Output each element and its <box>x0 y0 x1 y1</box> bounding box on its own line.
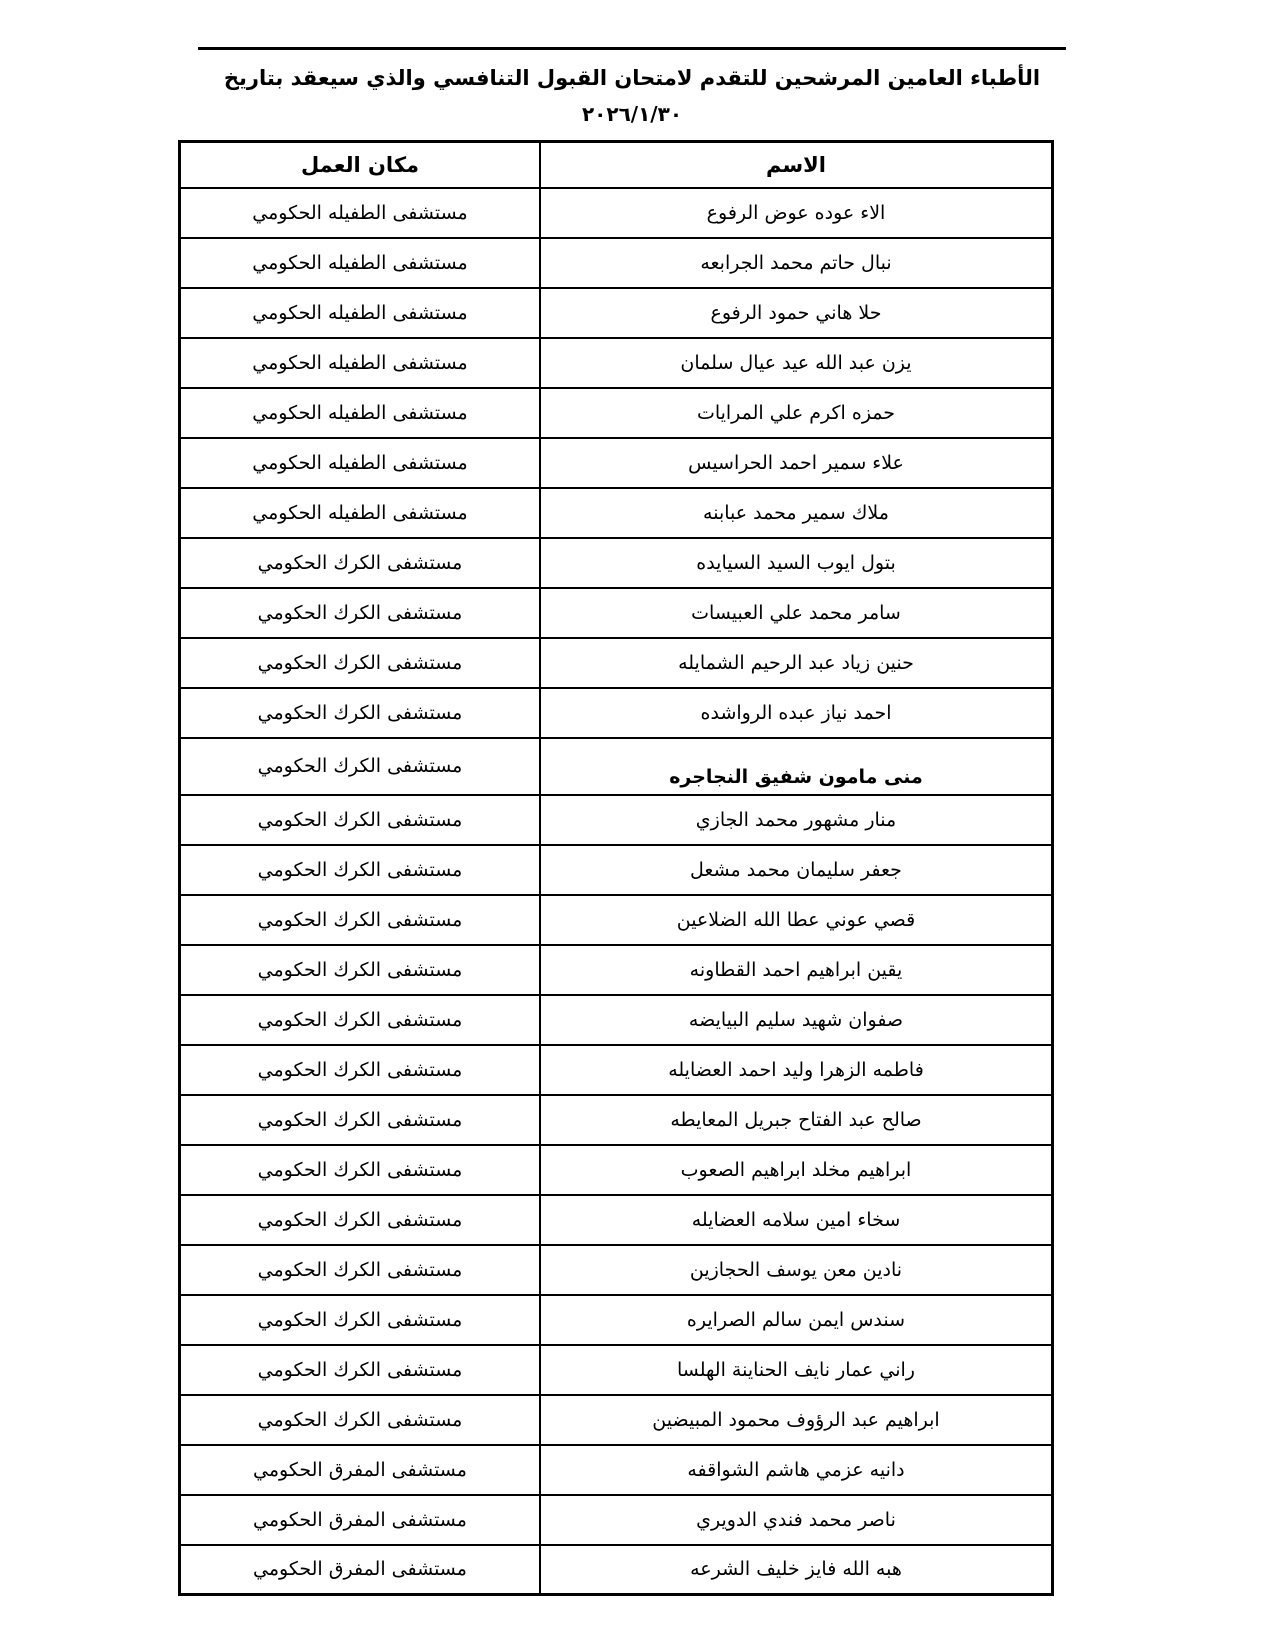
table-row: يقين ابراهيم احمد القطاونهمستشفى الكرك ا… <box>180 945 1053 995</box>
cell-workplace: مستشفى المفرق الحكومي <box>180 1495 541 1545</box>
cell-candidate-name: بتول ايوب السيد السيايده <box>540 538 1053 588</box>
table-row: سامر محمد علي العبيساتمستشفى الكرك الحكو… <box>180 588 1053 638</box>
table-row: يزن عبد الله عيد عيال سلمانمستشفى الطفيل… <box>180 338 1053 388</box>
cell-candidate-name: الاء عوده عوض الرفوع <box>540 188 1053 238</box>
cell-candidate-name: سخاء امين سلامه العضايله <box>540 1195 1053 1245</box>
cell-workplace: مستشفى الكرك الحكومي <box>180 1095 541 1145</box>
table-row: صفوان شهيد سليم البيايضهمستشفى الكرك الح… <box>180 995 1053 1045</box>
cell-workplace: مستشفى الكرك الحكومي <box>180 538 541 588</box>
cell-candidate-name: سامر محمد علي العبيسات <box>540 588 1053 638</box>
table-row: بتول ايوب السيد السيايدهمستشفى الكرك الح… <box>180 538 1053 588</box>
cell-workplace: مستشفى الطفيله الحكومي <box>180 488 541 538</box>
cell-candidate-name: منار مشهور محمد الجازي <box>540 795 1053 845</box>
cell-workplace: مستشفى الكرك الحكومي <box>180 588 541 638</box>
cell-candidate-name: فاطمه الزهرا وليد احمد العضايله <box>540 1045 1053 1095</box>
cell-workplace: مستشفى الكرك الحكومي <box>180 945 541 995</box>
table-row: ابراهيم مخلد ابراهيم الصعوبمستشفى الكرك … <box>180 1145 1053 1195</box>
cell-candidate-name: سندس ايمن سالم الصرايره <box>540 1295 1053 1345</box>
cell-candidate-name: يقين ابراهيم احمد القطاونه <box>540 945 1053 995</box>
table-row: الاء عوده عوض الرفوعمستشفى الطفيله الحكو… <box>180 188 1053 238</box>
table-row: حمزه اكرم علي المراياتمستشفى الطفيله الح… <box>180 388 1053 438</box>
cell-candidate-name: ناصر محمد فندي الدويري <box>540 1495 1053 1545</box>
column-header-workplace: مكان العمل <box>180 142 541 188</box>
table-row: احمد نياز عبده الرواشدهمستشفى الكرك الحك… <box>180 688 1053 738</box>
table-row: سندس ايمن سالم الصرايرهمستشفى الكرك الحك… <box>180 1295 1053 1345</box>
cell-candidate-name: علاء سمير احمد الحراسيس <box>540 438 1053 488</box>
cell-candidate-name: هبه الله فايز خليف الشرعه <box>540 1545 1053 1595</box>
table-row: سخاء امين سلامه العضايلهمستشفى الكرك الح… <box>180 1195 1053 1245</box>
cell-workplace: مستشفى الكرك الحكومي <box>180 895 541 945</box>
table-row: نبال حاتم محمد الجرابعهمستشفى الطفيله ال… <box>180 238 1053 288</box>
table-row: راني عمار نايف الحناينة الهلسامستشفى الك… <box>180 1345 1053 1395</box>
cell-candidate-name: حمزه اكرم علي المرايات <box>540 388 1053 438</box>
cell-workplace: مستشفى الطفيله الحكومي <box>180 288 541 338</box>
cell-candidate-name: حنين زياد عبد الرحيم الشمايله <box>540 638 1053 688</box>
table-header-row: الاسم مكان العمل <box>180 142 1053 188</box>
cell-candidate-name: منى مامون شفيق النجاجره <box>540 738 1053 795</box>
document-title: الأطباء العامين المرشحين للتقدم لامتحان … <box>198 60 1066 96</box>
cell-candidate-name: دانيه عزمي هاشم الشواقفه <box>540 1445 1053 1495</box>
table-row: نادين معن يوسف الحجازينمستشفى الكرك الحك… <box>180 1245 1053 1295</box>
cell-workplace: مستشفى الطفيله الحكومي <box>180 238 541 288</box>
cell-candidate-name: راني عمار نايف الحناينة الهلسا <box>540 1345 1053 1395</box>
cell-candidate-name: صفوان شهيد سليم البيايضه <box>540 995 1053 1045</box>
table-body: الاء عوده عوض الرفوعمستشفى الطفيله الحكو… <box>180 188 1053 1595</box>
cell-workplace: مستشفى الطفيله الحكومي <box>180 338 541 388</box>
table-header: الاسم مكان العمل <box>180 142 1053 188</box>
cell-candidate-name: نادين معن يوسف الحجازين <box>540 1245 1053 1295</box>
cell-workplace: مستشفى الكرك الحكومي <box>180 1145 541 1195</box>
cell-candidate-name: احمد نياز عبده الرواشده <box>540 688 1053 738</box>
table-row: ملاك سمير محمد عبابنهمستشفى الطفيله الحك… <box>180 488 1053 538</box>
cell-candidate-name: صالح عبد الفتاح جبريل المعايطه <box>540 1095 1053 1145</box>
cell-workplace: مستشفى الكرك الحكومي <box>180 738 541 795</box>
table-row: ناصر محمد فندي الدويريمستشفى المفرق الحك… <box>180 1495 1053 1545</box>
cell-candidate-name: جعفر سليمان محمد مشعل <box>540 845 1053 895</box>
table-row: منار مشهور محمد الجازيمستشفى الكرك الحكو… <box>180 795 1053 845</box>
cell-workplace: مستشفى الكرك الحكومي <box>180 1195 541 1245</box>
table-row: فاطمه الزهرا وليد احمد العضايلهمستشفى ال… <box>180 1045 1053 1095</box>
cell-candidate-name: حلا هاني حمود الرفوع <box>540 288 1053 338</box>
table-row: حنين زياد عبد الرحيم الشمايلهمستشفى الكر… <box>180 638 1053 688</box>
cell-workplace: مستشفى المفرق الحكومي <box>180 1445 541 1495</box>
document-content: الأطباء العامين المرشحين للتقدم لامتحان … <box>198 47 1066 1596</box>
document-title-date: ٢٠٢٦/١/٣٠ <box>198 96 1066 132</box>
cell-workplace: مستشفى الكرك الحكومي <box>180 1395 541 1445</box>
column-header-name: الاسم <box>540 142 1053 188</box>
cell-candidate-name: ملاك سمير محمد عبابنه <box>540 488 1053 538</box>
cell-candidate-name: يزن عبد الله عيد عيال سلمان <box>540 338 1053 388</box>
cell-candidate-name: ابراهيم عبد الرؤوف محمود المبيضين <box>540 1395 1053 1445</box>
table-row: جعفر سليمان محمد مشعلمستشفى الكرك الحكوم… <box>180 845 1053 895</box>
cell-workplace: مستشفى الكرك الحكومي <box>180 1245 541 1295</box>
document-title-block: الأطباء العامين المرشحين للتقدم لامتحان … <box>198 50 1066 132</box>
table-row: هبه الله فايز خليف الشرعهمستشفى المفرق ا… <box>180 1545 1053 1595</box>
cell-workplace: مستشفى الطفيله الحكومي <box>180 388 541 438</box>
cell-workplace: مستشفى الكرك الحكومي <box>180 995 541 1045</box>
cell-workplace: مستشفى الكرك الحكومي <box>180 845 541 895</box>
table-row: علاء سمير احمد الحراسيسمستشفى الطفيله ال… <box>180 438 1053 488</box>
table-row: صالح عبد الفتاح جبريل المعايطهمستشفى الك… <box>180 1095 1053 1145</box>
cell-workplace: مستشفى الكرك الحكومي <box>180 1345 541 1395</box>
cell-workplace: مستشفى الكرك الحكومي <box>180 638 541 688</box>
table-row: دانيه عزمي هاشم الشواقفهمستشفى المفرق ال… <box>180 1445 1053 1495</box>
cell-candidate-name: ابراهيم مخلد ابراهيم الصعوب <box>540 1145 1053 1195</box>
cell-workplace: مستشفى الطفيله الحكومي <box>180 438 541 488</box>
cell-workplace: مستشفى الطفيله الحكومي <box>180 188 541 238</box>
document-page: الأطباء العامين المرشحين للتقدم لامتحان … <box>0 0 1275 1650</box>
cell-workplace: مستشفى الكرك الحكومي <box>180 795 541 845</box>
table-row: قصي عوني عطا الله الضلاعينمستشفى الكرك ا… <box>180 895 1053 945</box>
cell-workplace: مستشفى الكرك الحكومي <box>180 1295 541 1345</box>
cell-candidate-name: قصي عوني عطا الله الضلاعين <box>540 895 1053 945</box>
table-row: ابراهيم عبد الرؤوف محمود المبيضينمستشفى … <box>180 1395 1053 1445</box>
candidates-table: الاسم مكان العمل الاء عوده عوض الرفوعمست… <box>178 140 1054 1596</box>
cell-workplace: مستشفى الكرك الحكومي <box>180 1045 541 1095</box>
cell-workplace: مستشفى المفرق الحكومي <box>180 1545 541 1595</box>
table-row: منى مامون شفيق النجاجرهمستشفى الكرك الحك… <box>180 738 1053 795</box>
cell-workplace: مستشفى الكرك الحكومي <box>180 688 541 738</box>
cell-candidate-name: نبال حاتم محمد الجرابعه <box>540 238 1053 288</box>
table-row: حلا هاني حمود الرفوعمستشفى الطفيله الحكو… <box>180 288 1053 338</box>
